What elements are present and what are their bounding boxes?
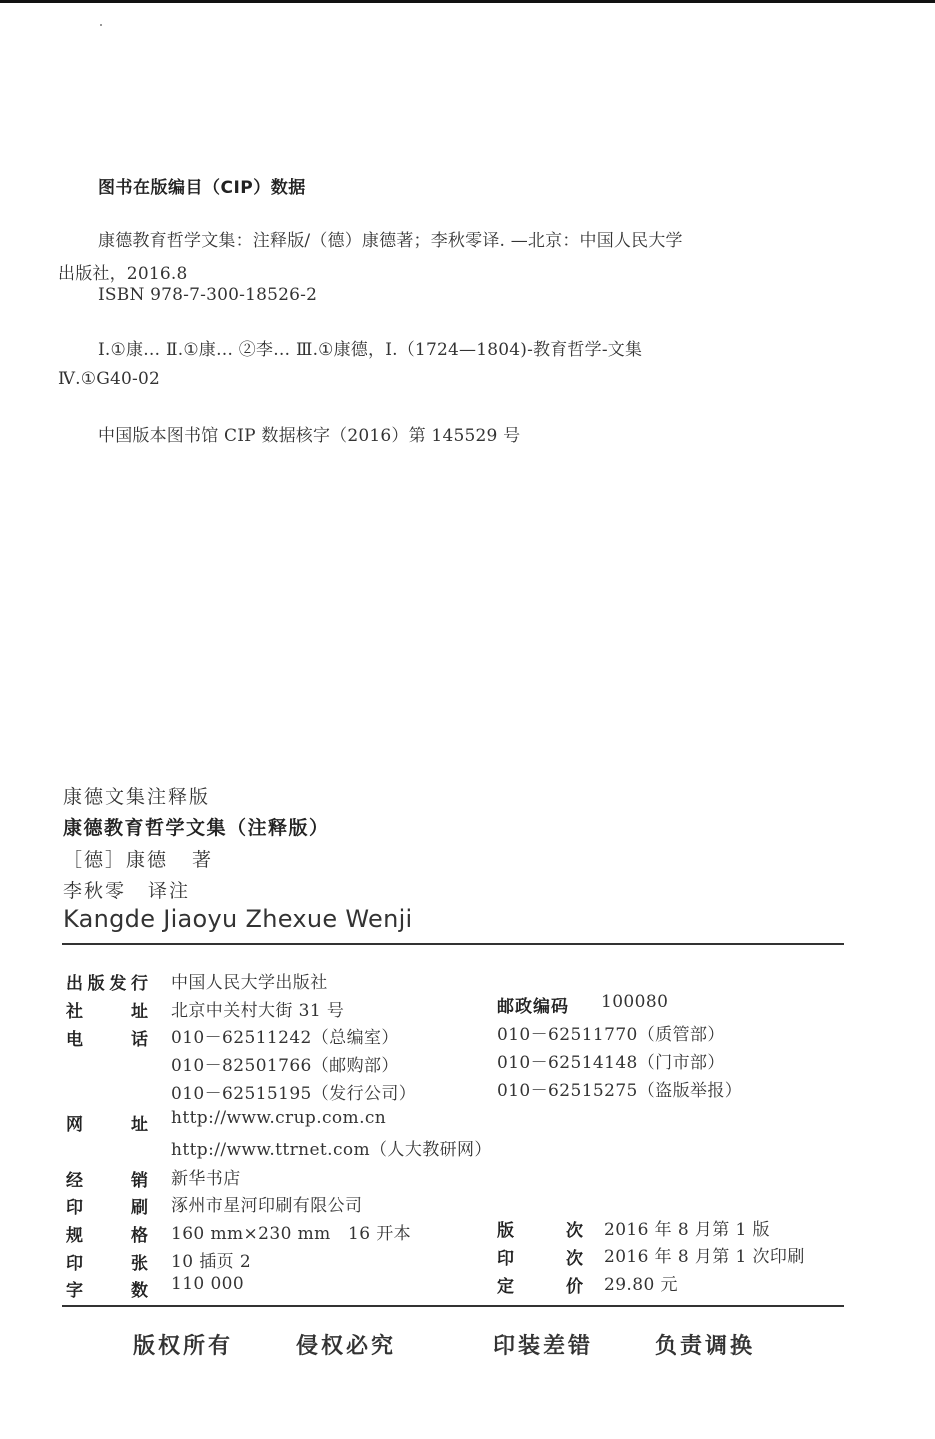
author-name: ［德］康德 [63,849,168,871]
label-printing: 印 次 [497,1244,583,1269]
divider-top [62,943,844,945]
label-word-count: 字 数 [66,1276,148,1301]
phone-retail: 010－62514148（门市部） [497,1048,725,1073]
sheets-value: 10 插页 2 [171,1247,251,1272]
phone-editorial: 010－62511242（总编室） [171,1023,399,1048]
pinyin-title: Kangde Jiaoyu Zhexue Wenji [63,905,413,933]
postal-code-value: 100080 [601,992,668,1012]
author-role: 著 [192,849,213,871]
label-website: 网 址 [66,1110,148,1135]
label-address: 社 址 [66,997,148,1022]
translator-line: 李秋零译注 [63,876,190,903]
label-printer: 印 刷 [66,1193,148,1218]
website-crup: http://www.crup.com.cn [171,1108,386,1128]
phone-quality: 010－62511770（质管部） [497,1020,725,1045]
price-value: 29.80 元 [604,1270,678,1295]
label-format: 规 格 [66,1221,148,1246]
divider-bottom [62,1305,844,1307]
cip-record-number: 中国版本图书馆 CIP 数据核字（2016）第 145529 号 [98,421,520,446]
cip-classification-line-2: Ⅳ.①G40-02 [58,369,160,389]
series-name: 康德文集注释版 [63,782,210,809]
label-edition: 版 次 [497,1216,583,1241]
phone-mail-order: 010－82501766（邮购部） [171,1051,399,1076]
book-title: 康德教育哲学文集（注释版） [63,813,330,840]
cip-bibliographic-line-1: 康德教育哲学文集：注释版/（德）康德著；李秋零译. —北京：中国人民大学 [98,226,683,251]
cip-heading: 图书在版编目（CIP）数据 [98,173,306,198]
label-publisher: 出 版 发 行 [66,969,148,994]
phone-piracy-report: 010－62515275（盗版举报） [497,1076,742,1101]
label-price: 定 价 [497,1272,583,1297]
scan-speck [100,24,102,26]
cip-classification-line-1: Ⅰ.①康… Ⅱ.①康… ②李… Ⅲ.①康德，Ⅰ.（1724—1804)-教育哲学… [98,335,642,360]
edition-value: 2016 年 8 月第 1 版 [604,1215,770,1240]
slogan-all-rights-reserved: 版权所有 [133,1329,233,1360]
address-value: 北京中关村大街 31 号 [171,996,344,1021]
translator-role: 译注 [148,880,190,902]
website-ttrnet: http://www.ttrnet.com（人大教研网） [171,1135,492,1160]
label-distributor: 经 销 [66,1166,148,1191]
translator-name: 李秋零 [63,880,126,902]
slogan-will-exchange: 负责调换 [655,1329,755,1360]
printing-value: 2016 年 8 月第 1 次印刷 [604,1242,805,1267]
slogan-infringement-prosecuted: 侵权必究 [296,1329,396,1360]
label-sheets: 印 张 [66,1249,148,1274]
format-value: 160 mm×230 mm 16 开本 [171,1219,411,1244]
cip-bibliographic-line-2: 出版社，2016.8 [58,259,187,284]
cip-isbn: ISBN 978-7-300-18526-2 [98,285,317,305]
publisher-value: 中国人民大学出版社 [171,968,328,993]
phone-distribution: 010－62515195（发行公司） [171,1079,416,1104]
label-phone: 电 话 [66,1025,148,1050]
author-line: ［德］康德著 [63,845,213,872]
label-postal-code: 邮政编码 [497,992,569,1017]
word-count-value: 110 000 [171,1274,244,1294]
distributor-value: 新华书店 [171,1164,241,1189]
top-border-line [0,0,935,3]
printer-value: 涿州市星河印刷有限公司 [171,1191,362,1216]
slogan-print-errors: 印装差错 [493,1329,593,1360]
